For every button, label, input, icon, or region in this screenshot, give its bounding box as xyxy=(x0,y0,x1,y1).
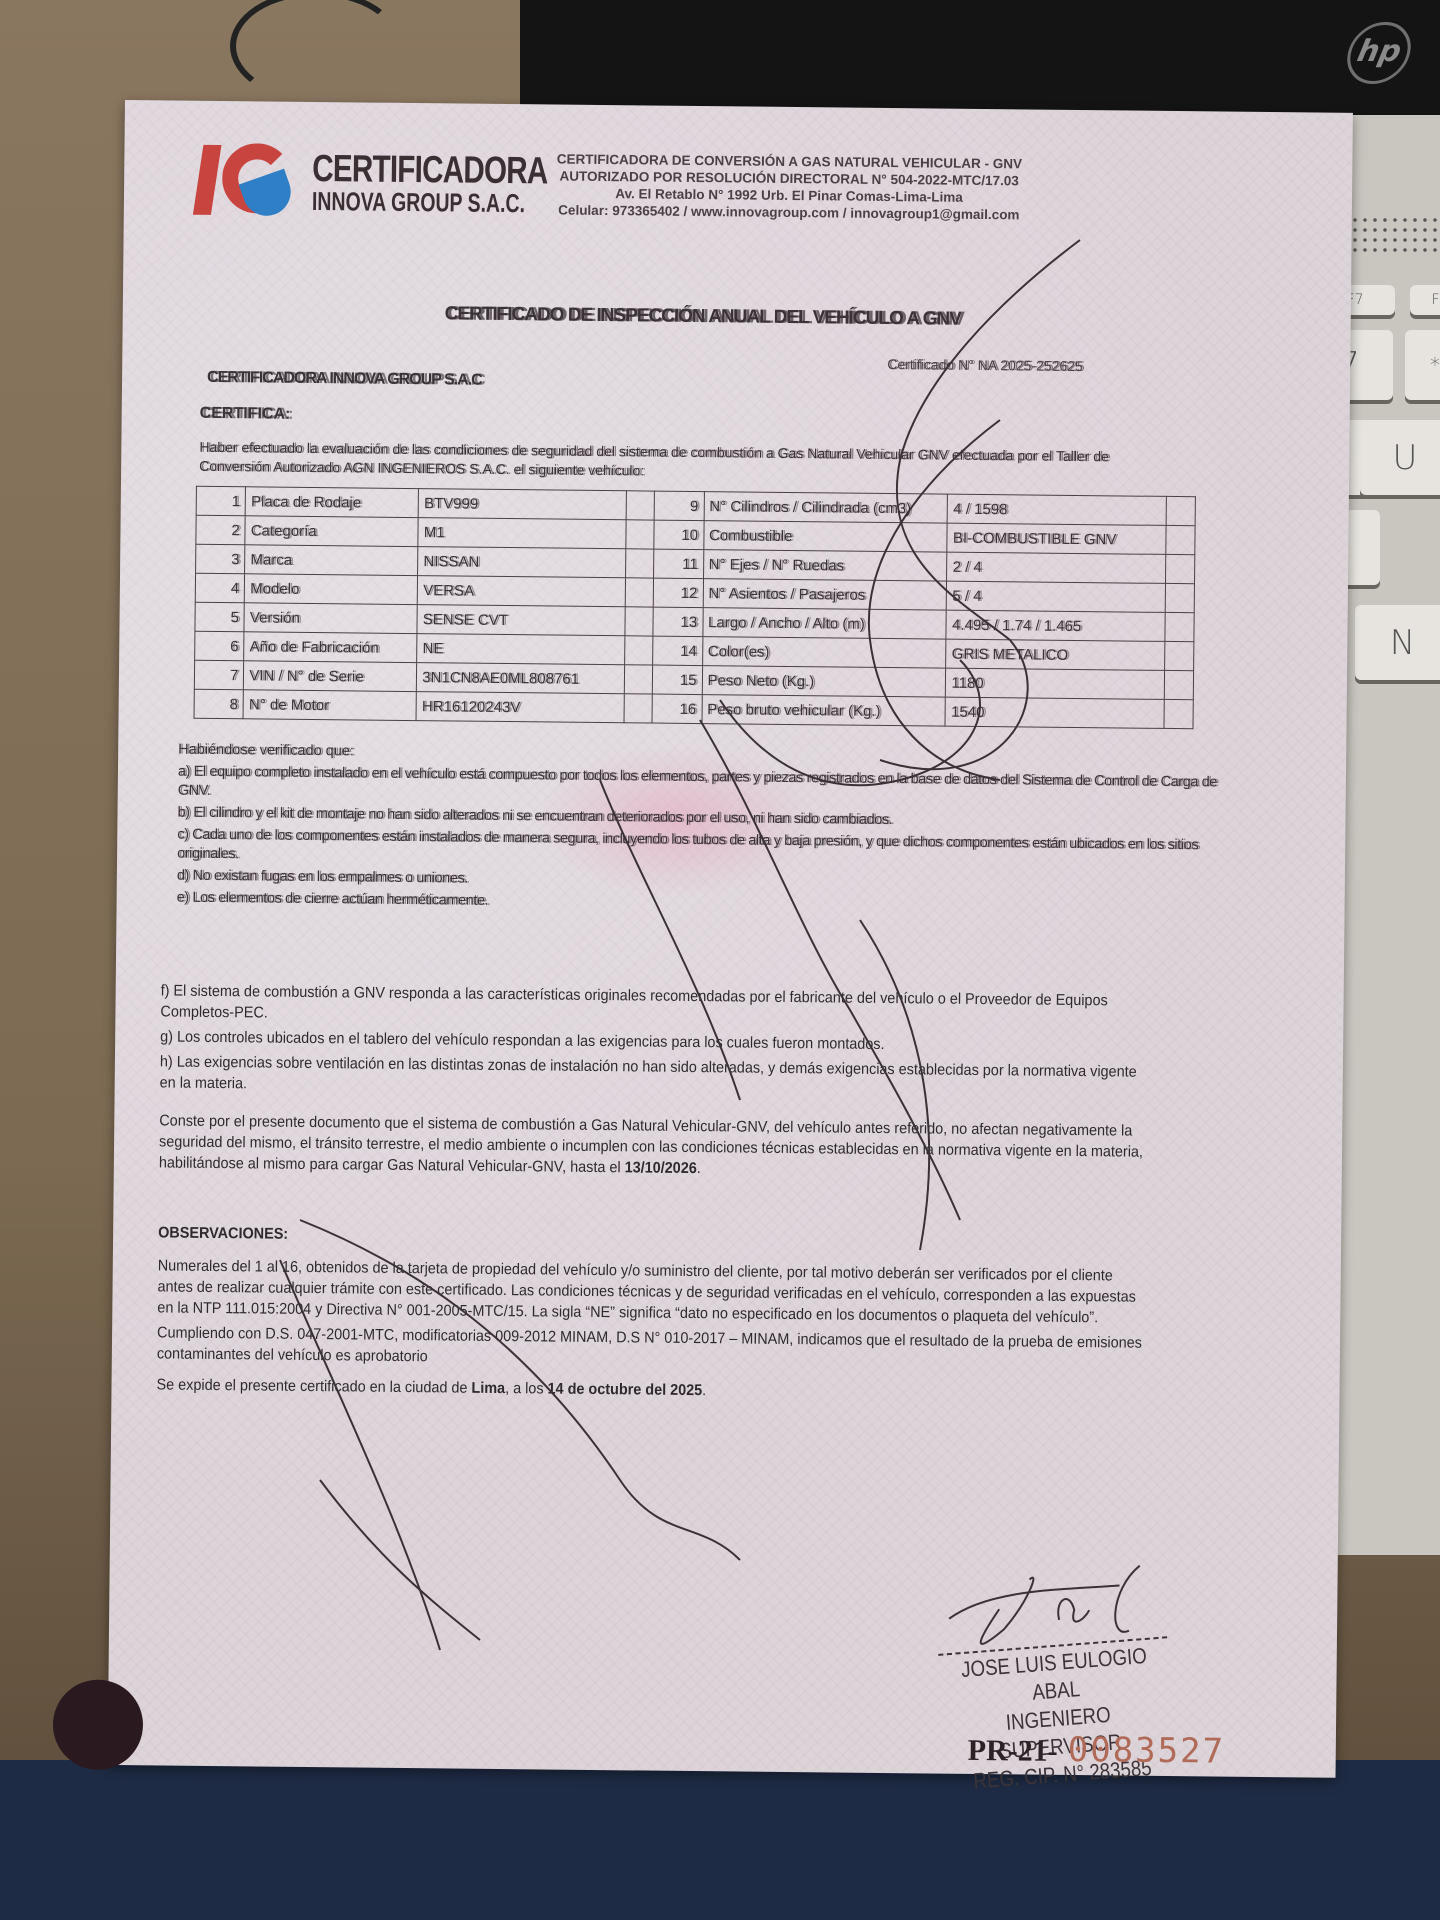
field-label: Año de Fabricación xyxy=(244,632,417,663)
spacer-cell xyxy=(1166,525,1195,554)
field-number: 14 xyxy=(653,636,703,666)
spacer-cell xyxy=(625,520,654,549)
field-value: BI-COMBUSTIBLE GNV xyxy=(947,523,1166,554)
verification-list-continued: f) El sistema de combustión a GNV respon… xyxy=(160,980,1147,1107)
field-label: Peso bruto vehicular (Kg.) xyxy=(702,695,946,727)
field-number: 6 xyxy=(195,631,245,661)
certifica-heading: CERTIFICA: xyxy=(200,405,291,424)
field-value: M1 xyxy=(418,518,626,549)
field-label: Placa de Rodaje xyxy=(245,487,418,518)
field-number: 7 xyxy=(194,660,244,690)
observaciones-section: OBSERVACIONES: Numerales del 1 al 16, ob… xyxy=(156,1222,1144,1409)
spacer-cell xyxy=(1166,583,1195,612)
spacer-cell xyxy=(625,549,654,578)
field-value: 5 / 4 xyxy=(947,581,1166,612)
field-number: 8 xyxy=(194,689,244,719)
field-value: NE xyxy=(417,634,625,665)
field-value: 1540 xyxy=(945,697,1164,728)
key-star[interactable]: * xyxy=(1405,330,1440,400)
field-label: N° Ejes / N° Ruedas xyxy=(703,550,947,582)
check-a: a) El equipo completo instalado en el ve… xyxy=(178,763,1218,812)
field-value: BTV999 xyxy=(418,489,626,520)
field-number: 16 xyxy=(652,694,702,724)
vehicle-data-table: 1Placa de RodajeBTV9999N° Cilindros / Ci… xyxy=(194,486,1196,729)
spacer-cell xyxy=(1165,641,1194,670)
field-label: N° Asientos / Pasajeros xyxy=(703,579,947,611)
spacer-cell xyxy=(625,578,654,607)
document-title: CERTIFICADO DE INSPECCIÓN ANUAL DEL VEHÍ… xyxy=(303,302,1103,332)
check-f: f) El sistema de combustión a GNV respon… xyxy=(160,980,1146,1032)
field-number: 5 xyxy=(195,602,245,632)
logo-line2: INNOVA GROUP S.A.C. xyxy=(312,188,538,216)
field-number: 9 xyxy=(654,491,704,521)
field-number: 2 xyxy=(196,515,246,545)
check-h: h) Las exigencias sobre ventilación en l… xyxy=(160,1051,1146,1103)
certificate-number: Certificado N° NA 2025-252625 xyxy=(887,356,1083,374)
spacer-cell xyxy=(625,607,654,636)
field-label: Color(es) xyxy=(702,637,946,669)
spacer-cell xyxy=(1164,699,1193,728)
observaciones-heading: OBSERVACIONES: xyxy=(158,1222,1144,1253)
field-number: 12 xyxy=(654,578,704,608)
key-f8[interactable]: F8 xyxy=(1410,285,1440,315)
spacer-cell xyxy=(626,491,655,520)
signatory-stamp: JOSE LUIS EULOGIO ABAL INGENIERO SUPERVI… xyxy=(938,1636,1178,1797)
spacer-cell xyxy=(1166,554,1195,583)
field-number: 1 xyxy=(196,486,246,516)
field-label: Marca xyxy=(245,545,418,576)
verification-list: Habiéndose verificado que: a) El equipo … xyxy=(177,741,1219,922)
spacer-cell xyxy=(624,694,653,723)
spacer-cell xyxy=(624,665,653,694)
field-number: 3 xyxy=(196,544,246,574)
field-label: Largo / Ancho / Alto (m) xyxy=(702,608,946,640)
field-label: VIN / N° de Serie xyxy=(244,661,417,692)
spacer-cell xyxy=(1166,496,1195,525)
field-value: VERSA xyxy=(417,576,625,607)
key-u[interactable]: U xyxy=(1360,420,1440,495)
field-value: 4 / 1598 xyxy=(948,494,1167,525)
field-number: 10 xyxy=(654,520,704,550)
field-value: 4.495 / 1.74 / 1.465 xyxy=(946,610,1165,641)
field-label: N° de Motor xyxy=(243,690,416,721)
field-value: 3N1CN8AE0ML808761 xyxy=(417,663,625,694)
spacer-cell xyxy=(1165,612,1194,641)
ink-stamp-dot xyxy=(53,1679,144,1770)
field-label: Categoría xyxy=(245,516,418,547)
field-value: GRIS METALICO xyxy=(946,639,1165,670)
field-label: Versión xyxy=(244,603,417,634)
serial-prefix: PR-21- xyxy=(968,1734,1058,1768)
laptop-lid: hp xyxy=(520,0,1440,115)
observaciones-p1: Numerales del 1 al 16, obtenidos de la t… xyxy=(157,1255,1143,1328)
observaciones-p2: Cumpliendo con D.S. 047-2001-MTC, modifi… xyxy=(157,1322,1143,1374)
intro-paragraph: Haber efectuado la evaluación de las con… xyxy=(199,438,1159,486)
field-value: 2 / 4 xyxy=(947,552,1166,583)
hp-logo-icon: hp xyxy=(1341,22,1416,84)
field-number: 11 xyxy=(654,549,704,579)
field-number: 13 xyxy=(653,607,703,637)
letterhead: CERTIFICADORA DE CONVERSIÓN A GAS NATURA… xyxy=(509,150,1070,224)
ig-logo-icon xyxy=(196,139,307,224)
field-value: 1180 xyxy=(946,668,1165,699)
valid-until-date: 13/10/2026 xyxy=(625,1159,697,1177)
form-serial: PR-21-0083527 xyxy=(968,1729,1226,1772)
field-label: Modelo xyxy=(245,574,418,605)
field-label: Combustible xyxy=(703,521,947,553)
key-n[interactable]: N xyxy=(1355,605,1440,680)
field-value: HR16120243V xyxy=(416,692,624,723)
check-c: c) Cada uno de los componentes están ins… xyxy=(177,826,1217,875)
issue-city: Lima xyxy=(471,1380,505,1397)
field-number: 4 xyxy=(195,573,245,603)
field-label: N° Cilindros / Cilindrada (cm3) xyxy=(704,492,948,524)
certificate-paper: CERTIFICADORA INNOVA GROUP S.A.C. CERTIF… xyxy=(108,100,1353,1778)
spacer-cell xyxy=(624,636,653,665)
conste-paragraph: Conste por el presente documento que el … xyxy=(159,1110,1145,1187)
issuing-company: CERTIFICADORA INNOVA GROUP S.A.C xyxy=(207,369,482,390)
fabric-background xyxy=(0,1760,1440,1920)
field-label: Peso Neto (Kg.) xyxy=(702,666,946,698)
serial-number: 0083527 xyxy=(1068,1730,1226,1772)
field-value: NISSAN xyxy=(418,547,626,578)
field-value: SENSE CVT xyxy=(417,605,625,636)
spacer-cell xyxy=(1165,670,1194,699)
field-number: 15 xyxy=(653,665,703,695)
issue-date: 14 de octubre del 2025 xyxy=(548,1380,703,1399)
